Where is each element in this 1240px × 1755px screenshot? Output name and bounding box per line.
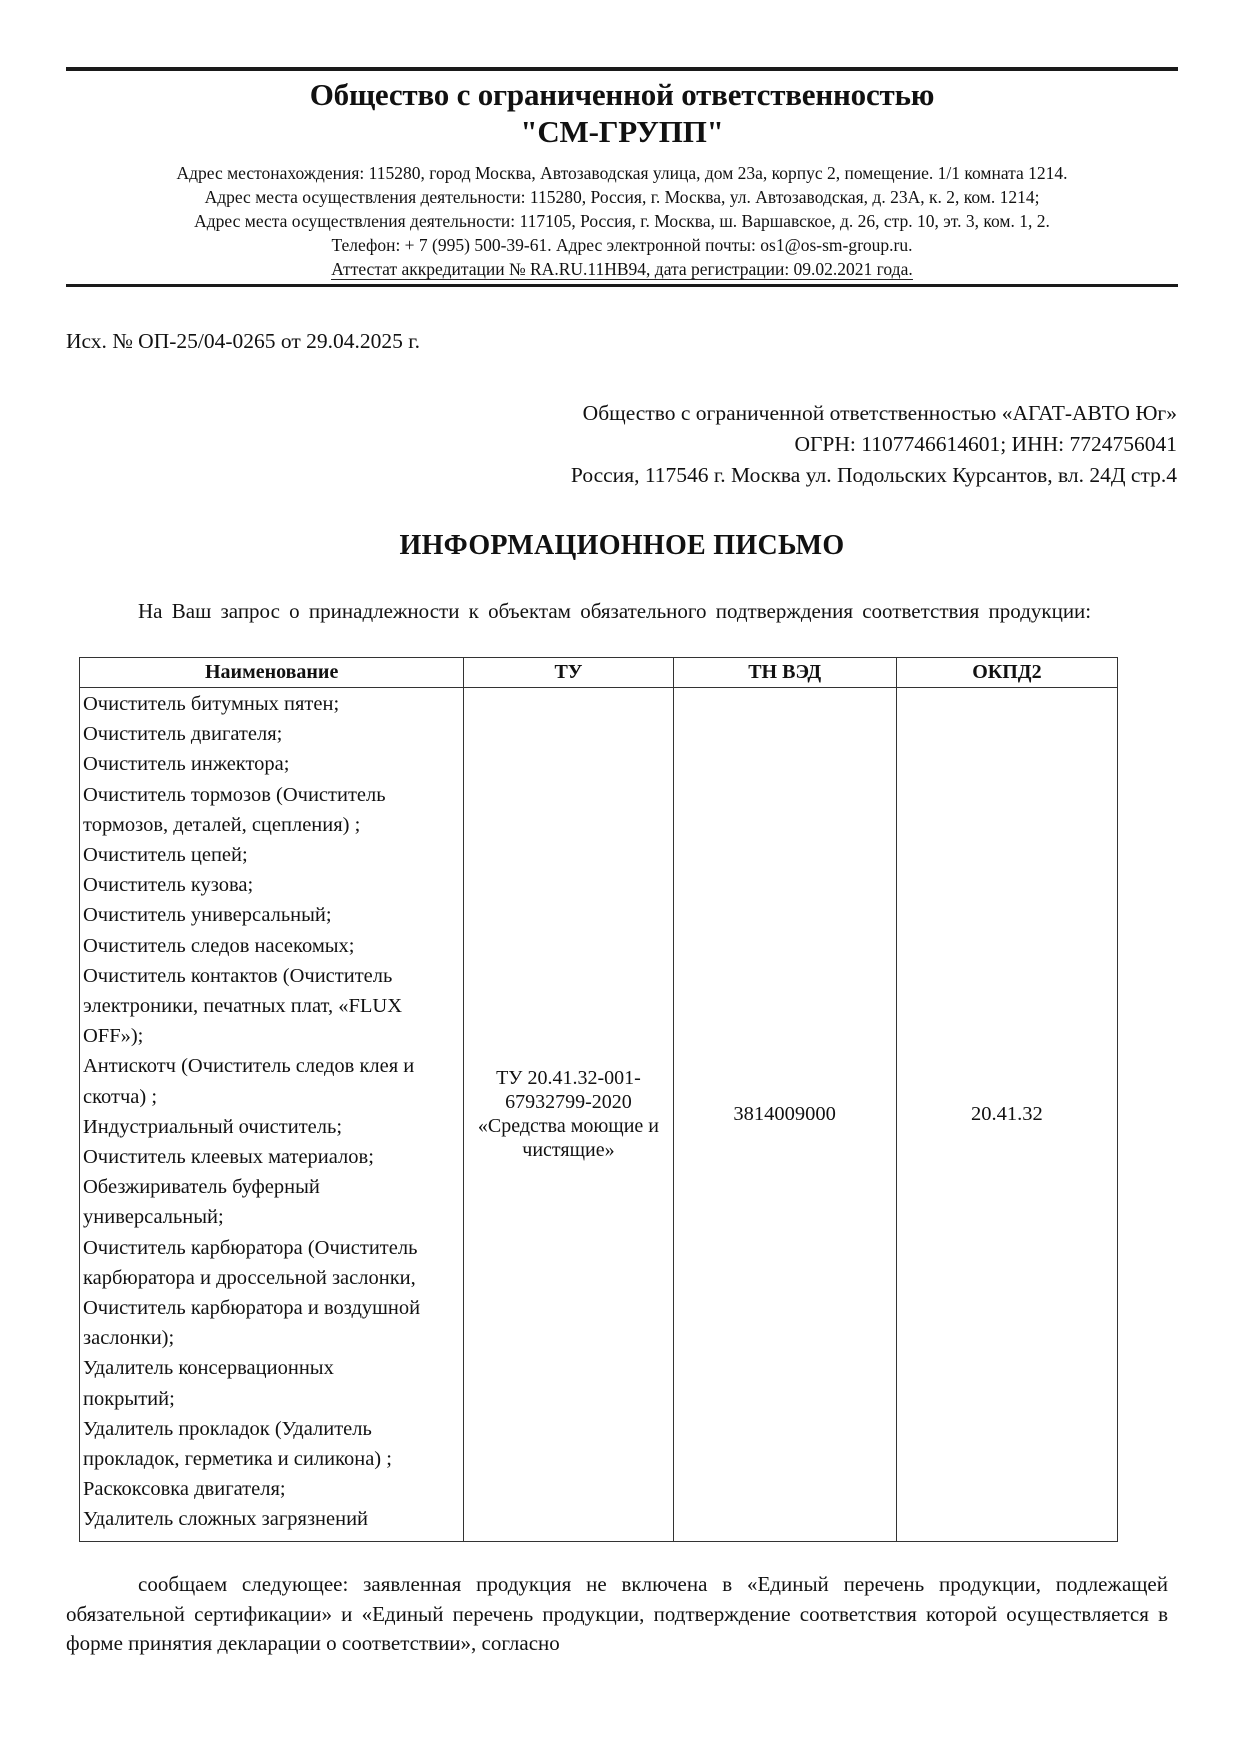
activity-address-1: Адрес места осуществления деятельности: … <box>66 185 1178 209</box>
product-name-line: OFF»); <box>83 1021 461 1051</box>
tu-line: 67932799-2020 <box>464 1090 672 1114</box>
header-tu: ТУ <box>464 658 673 688</box>
okpd2-cell: 20.41.32 <box>896 688 1117 1542</box>
org-form: Общество с ограниченной ответственностью <box>66 76 1178 114</box>
table-row: Очиститель битумных пятен;Очиститель дви… <box>80 688 1118 1542</box>
product-name-line: Очиститель клеевых материалов; <box>83 1142 461 1172</box>
product-name-line: Очиститель карбюратора и воздушной <box>83 1293 461 1323</box>
product-name-line: Очиститель инжектора; <box>83 749 461 779</box>
products-table: Наименование ТУ ТН ВЭД ОКПД2 Очиститель … <box>79 657 1118 1542</box>
product-name-line: скотча) ; <box>83 1082 461 1112</box>
tu-cell: ТУ 20.41.32-001-67932799-2020«Средства м… <box>464 688 673 1542</box>
product-name-line: покрытий; <box>83 1384 461 1414</box>
activity-address-2: Адрес места осуществления деятельности: … <box>66 209 1178 233</box>
legal-address: Адрес местонахождения: 115280, город Мос… <box>66 161 1178 185</box>
tn-ved-cell: 3814009000 <box>673 688 896 1542</box>
product-name-line: тормозов, деталей, сцепления) ; <box>83 810 461 840</box>
product-name-line: Очиститель двигателя; <box>83 719 461 749</box>
product-name-line: Очиститель универсальный; <box>83 900 461 930</box>
product-name-line: Очиститель кузова; <box>83 870 461 900</box>
document-title: ИНФОРМАЦИОННОЕ ПИСЬМО <box>66 528 1178 564</box>
product-name-line: Удалитель сложных загрязнений <box>83 1504 461 1534</box>
product-name-line: Очиститель цепей; <box>83 840 461 870</box>
recipient-name: Общество с ограниченной ответственностью… <box>571 398 1177 429</box>
product-name-line: Очиститель тормозов (Очиститель <box>83 780 461 810</box>
product-name-line: Антискотч (Очиститель следов клея и <box>83 1051 461 1081</box>
recipient-block: Общество с ограниченной ответственностью… <box>571 398 1177 491</box>
header-tn-ved: ТН ВЭД <box>673 658 896 688</box>
recipient-address: Россия, 117546 г. Москва ул. Подольских … <box>571 460 1177 491</box>
product-name-line: Раскоксовка двигателя; <box>83 1474 461 1504</box>
header-name: Наименование <box>80 658 464 688</box>
product-name-line: Очиститель следов насекомых; <box>83 931 461 961</box>
letterhead-details: Адрес местонахождения: 115280, город Мос… <box>66 161 1178 281</box>
tu-line: чистящие» <box>464 1138 672 1162</box>
org-name: "СМ-ГРУПП" <box>66 113 1178 151</box>
accreditation: Аттестат аккредитации № RA.RU.11HB94, да… <box>331 259 912 280</box>
product-name-line: заслонки); <box>83 1323 461 1353</box>
product-name-line: Удалитель консервационных <box>83 1353 461 1383</box>
intro-paragraph: На Ваш запрос о принадлежности к объекта… <box>66 597 1166 626</box>
product-name-line: карбюратора и дроссельной заслонки, <box>83 1263 461 1293</box>
product-name-line: прокладок, герметика и силикона) ; <box>83 1444 461 1474</box>
product-name-line: Очиститель битумных пятен; <box>83 689 461 719</box>
product-name-line: Очиститель карбюратора (Очиститель <box>83 1233 461 1263</box>
tu-line: «Средства моющие и <box>464 1114 672 1138</box>
letterhead-top-rule <box>66 67 1178 71</box>
product-name-line: Обезжириватель буферный <box>83 1172 461 1202</box>
product-name-line: универсальный; <box>83 1202 461 1232</box>
product-name-line: Удалитель прокладок (Удалитель <box>83 1414 461 1444</box>
product-name-line: электроники, печатных плат, «FLUX <box>83 991 461 1021</box>
table-header-row: Наименование ТУ ТН ВЭД ОКПД2 <box>80 658 1118 688</box>
recipient-ids: ОГРН: 1107746614601; ИНН: 7724756041 <box>571 429 1177 460</box>
product-name-line: Индустриальный очиститель; <box>83 1112 461 1142</box>
product-names-cell: Очиститель битумных пятен;Очиститель дви… <box>80 688 464 1542</box>
outgoing-reference: Исх. № ОП-25/04-0265 от 29.04.2025 г. <box>66 327 420 355</box>
letterhead-bottom-rule <box>66 284 1178 287</box>
contacts: Телефон: + 7 (995) 500-39-61. Адрес элек… <box>66 233 1178 257</box>
closing-paragraph: сообщаем следующее: заявленная продукция… <box>66 1570 1168 1659</box>
product-name-line: Очиститель контактов (Очиститель <box>83 961 461 991</box>
header-okpd2: ОКПД2 <box>896 658 1117 688</box>
tu-line: ТУ 20.41.32-001- <box>464 1066 672 1090</box>
